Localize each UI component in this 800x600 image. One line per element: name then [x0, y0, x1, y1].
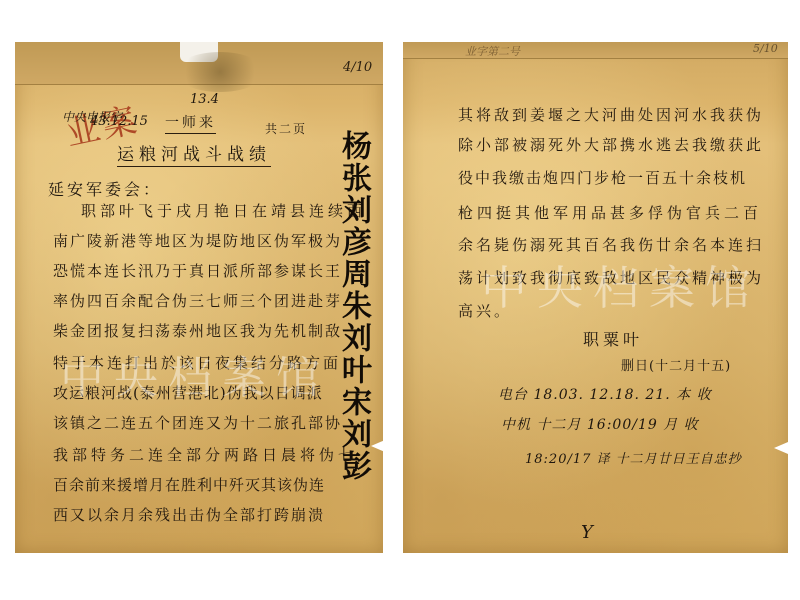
archive-watermark: 中央档案馆 [481, 252, 761, 318]
body-line: 西又以余月余残出击伪全部打跨崩溃 [53, 504, 325, 525]
body-line: 我部特务二连全部分两路日晨将伪七 [53, 444, 357, 465]
page-top-band [403, 42, 788, 59]
archive-watermark: 中央档案馆 [60, 342, 330, 406]
paper-tear [774, 442, 788, 454]
body-line: 职部叶飞于戌月艳日在靖县连续西 [81, 200, 366, 221]
pages-note: 共二页 [265, 120, 307, 137]
margin-annotation: 杨张刘彦周朱刘叶宋刘彭 [333, 130, 375, 482]
receipt-line-radio: 电台 18.03. 12.18. 21. 本 收 [498, 384, 712, 404]
telegram-page-left: 业 案 中央电报字 13.4 4/10 43.12.15 一师来 共二页 运粮河… [15, 42, 383, 553]
body-line: 该镇之二连五个团连又为十二旅孔部协 [53, 412, 342, 433]
signature-date: 删日(十二月十五) [621, 355, 731, 374]
body-line: 枪四挺其他军用品甚多俘伪官兵二百 [458, 202, 762, 223]
addressee: 延安军委会： [48, 177, 162, 200]
faint-header: 业字第二号 [465, 43, 520, 59]
sender-label: 一师来 [165, 112, 216, 134]
body-line: 恐慌本连长汛乃于真日派所部参谋长王 [53, 260, 342, 281]
body-line: 柴金团报复扫荡泰州地区我为先机制敌 [53, 320, 342, 341]
page-number: 4/10 [343, 60, 372, 75]
receipt-line-translation: 18:20/17 译 十二月廿日王自忠抄 [525, 448, 742, 467]
body-line: 率伪四百余配合伪三七师三个团进赴芽 [53, 290, 342, 311]
archive-code: 13.4 [190, 92, 219, 107]
signature: 职粟叶 [583, 327, 643, 350]
body-line: 百余前来援增月在胜利中歼灭其该伪连 [53, 474, 325, 495]
paper-tear [371, 440, 385, 452]
body-line: 南广陵新港等地区为堤防地区伪军极为 [53, 230, 342, 251]
body-line: 除小部被溺死外大部携水逃去我缴获此 [458, 134, 764, 155]
page-number: 5/10 [753, 42, 778, 55]
telegram-page-right: 业字第二号 5/10 其将敌到姜堰之大河曲处因河水我获伪 除小部被溺死外大部携水… [403, 42, 788, 553]
body-line: 其将敌到姜堰之大河曲处因河水我获伪 [458, 104, 764, 125]
body-line: 役中我缴击炮四门步枪一百五十余枝机 [458, 167, 747, 188]
receipt-line-central: 中机 十二月 16:00/19 月 收 [501, 414, 699, 434]
ink-stain [175, 52, 265, 92]
date-code: 43.12.15 [90, 114, 148, 129]
document-title: 运粮河战斗战绩 [117, 140, 271, 167]
bottom-mark: Y [581, 522, 593, 543]
